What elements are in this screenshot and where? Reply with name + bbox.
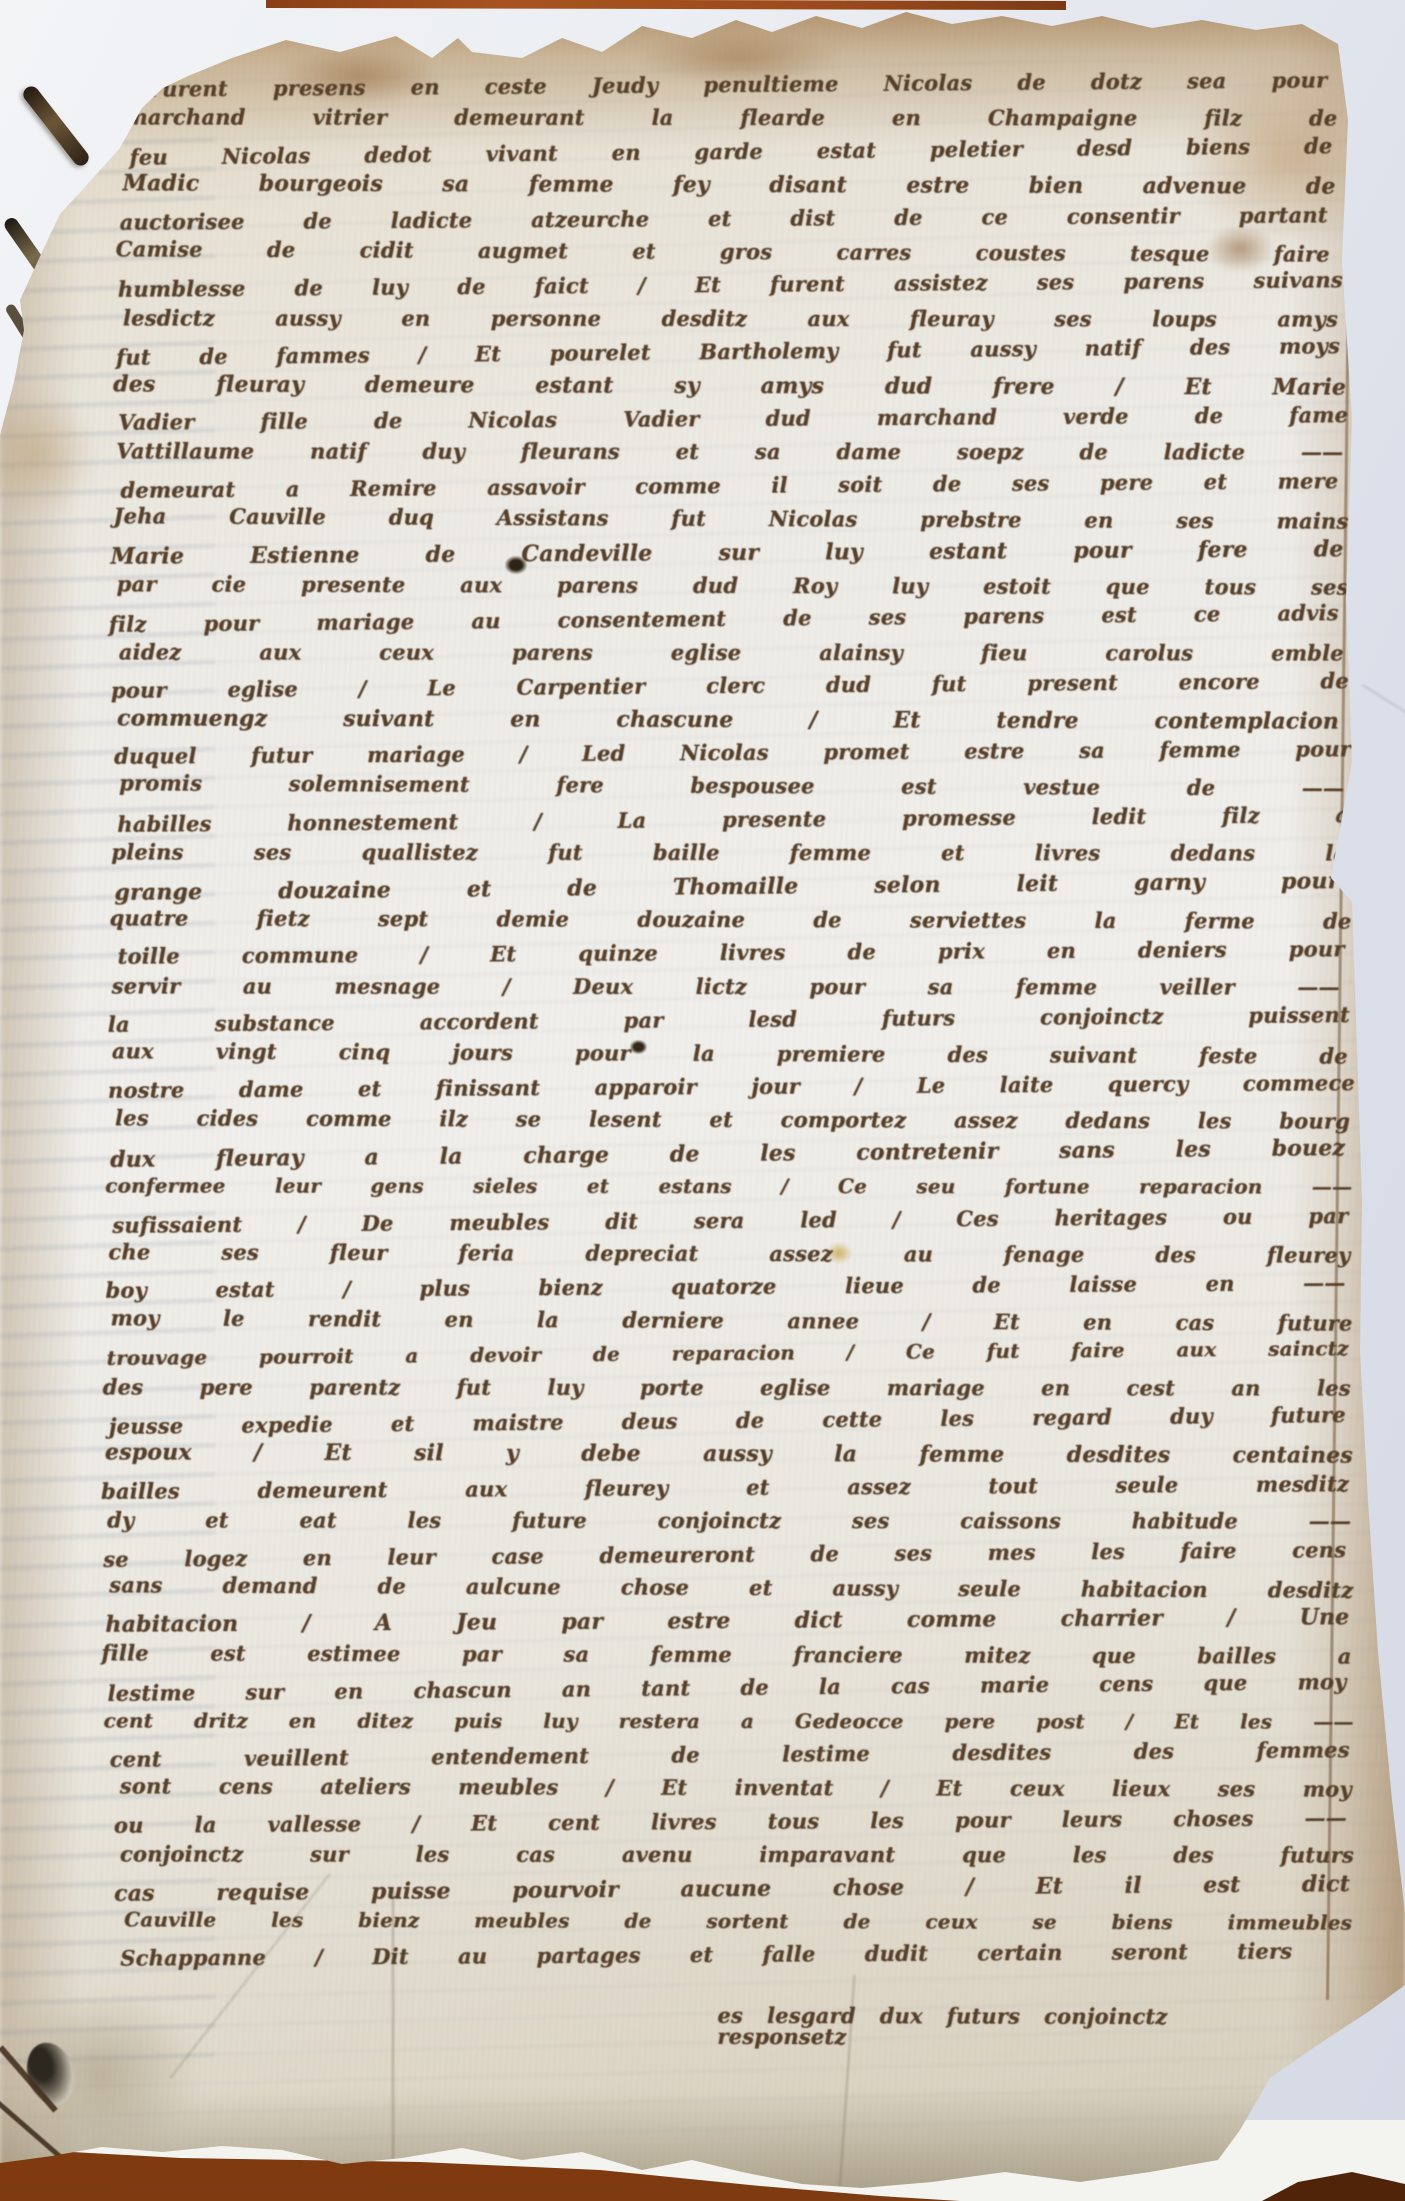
- manuscript-line: la substance accordent par lesd futurs c…: [108, 1004, 1350, 1035]
- manuscript-line: quatre fietz sept demie douzaine de serv…: [110, 907, 1352, 931]
- manuscript-line: marchand vitrier demeurant la flearde en…: [125, 106, 1337, 128]
- manuscript-line: bailles demeurent aux fleurey et assez t…: [101, 1473, 1349, 1502]
- manuscript-line: dux fleuray a la charge de les contreten…: [110, 1137, 1345, 1171]
- manuscript-line: confermee leur gens sieles et estans / C…: [105, 1175, 1352, 1196]
- manuscript-line: auctorisee de ladicte atzeurche et dist …: [120, 204, 1328, 232]
- manuscript-line: fille est estimee par sa femme franciere…: [101, 1642, 1351, 1666]
- manuscript-line: se logez en leur case demeureront de ses…: [103, 1539, 1346, 1570]
- manuscript-line: Jeha Cauville duq Assistans fut Nicolas …: [113, 505, 1348, 531]
- manuscript-line: habilles honnestement / La presente prom…: [117, 804, 1349, 835]
- manuscript-line: jeusse expedie et maistre deus de cette …: [109, 1404, 1346, 1437]
- manuscript-text: Furent presens en ceste Jeudy penultieme…: [0, 0, 1405, 2201]
- manuscript-line: humblesse de luy de faict / Et furent as…: [118, 269, 1343, 300]
- manuscript-line: les cides comme ilz se lesent et comport…: [115, 1107, 1350, 1131]
- manuscript-line: Vadier fille de Nicolas Vadier dud march…: [118, 404, 1348, 433]
- manuscript-line: cent veuillent entendement de lestime de…: [110, 1739, 1350, 1770]
- manuscript-line: fut de fammes / Et pourelet Bartholemy f…: [116, 335, 1340, 368]
- manuscript-line: promis solemnisement fere bespousee est …: [119, 772, 1344, 798]
- manuscript-line: lesdictz aussy en personne desditz aux f…: [123, 307, 1338, 329]
- manuscript-line: filz pour mariage au consentement de ses…: [109, 602, 1339, 635]
- manuscript-line: sans demand de aulcune chose et aussy se…: [109, 1574, 1353, 1600]
- manuscript-line: aidez aux ceux parens eglise alainsy fie…: [119, 641, 1344, 663]
- manuscript-line: pleins ses quallistez fut baille femme e…: [111, 841, 1347, 863]
- manuscript-line: toille commune / Et quinze livres de pri…: [118, 938, 1345, 966]
- binding-clasp-fragment: [20, 83, 92, 168]
- manuscript-line: trouvage pourroit a devoir de reparacion…: [107, 1338, 1349, 1368]
- manuscript-line: dy et eat les future conjoinctz ses cais…: [107, 1509, 1351, 1531]
- manuscript-line: moy le rendit en la derniere annee / Et …: [111, 1307, 1353, 1333]
- manuscript-line: ou la vallesse / Et cent livres tous les…: [114, 1807, 1347, 1836]
- manuscript-line: aux vingt cinq jours pour la premiere de…: [112, 1040, 1348, 1066]
- manuscript-line: pour eglise / Le Carpentier clerc dud fu…: [111, 670, 1349, 701]
- manuscript-line: Cauville les bienz meubles de sortent de…: [124, 1909, 1352, 1932]
- manuscript-line: grange douzaine et de Thomaille selon le…: [114, 870, 1339, 904]
- manuscript-photo: Furent presens en ceste Jeudy penultieme…: [0, 0, 1405, 2201]
- manuscript-line: servir au mesnage / Deux lictz pour sa f…: [112, 975, 1340, 997]
- manuscript-line: nostre dame et finissant apparoir jour /…: [108, 1072, 1355, 1101]
- manuscript-line: Camise de cidit augmet et gros carres co…: [116, 238, 1330, 264]
- manuscript-line: par cie presente aux parens dud Roy luy …: [117, 573, 1349, 597]
- manuscript-line: sont cens ateliers meubles / Et inventat…: [120, 1775, 1352, 1799]
- manuscript-line: conjoinctz sur les cas avenu imparavant …: [120, 1843, 1354, 1865]
- manuscript-line: cas requise puisse pourvoir aucune chose…: [114, 1873, 1350, 1905]
- manuscript-line: habitacion / A Jeu par estre dict comme …: [105, 1606, 1349, 1636]
- manuscript-line: espoux / Et sil y debe aussy la femme de…: [105, 1441, 1353, 1466]
- manuscript-line: Furent presens en ceste Jeudy penultieme…: [147, 69, 1327, 99]
- manuscript-line: Schappanne / Dit au partages et falle du…: [120, 1940, 1292, 1968]
- manuscript-line: Madic bourgeois sa femme fey disant estr…: [123, 172, 1336, 197]
- manuscript-line: cent dritz en ditez puis luy restera a G…: [104, 1710, 1354, 1731]
- manuscript-line: des fleuray demeure estant sy amys dud f…: [113, 373, 1346, 398]
- manuscript-line: feu Nicolas dedot vivant en garde estat …: [129, 135, 1332, 168]
- manuscript-line: des pere parentz fut luy porte eglise ma…: [103, 1376, 1351, 1398]
- manuscript-line: che ses fleur feria depreciat assez au f…: [108, 1241, 1350, 1265]
- manuscript-line: demeurat a Remire assavoir comme il soit…: [120, 470, 1338, 501]
- manuscript-line: Marie Estienne de Candeville sur luy est…: [111, 538, 1344, 568]
- manuscript-line: commuengz suivant en chascune / Et tendr…: [117, 707, 1339, 732]
- manuscript-line: lestime sur en chascun an tant de la cas…: [107, 1671, 1346, 1704]
- manuscript-line: Vattillaume natif duy fleurans et sa dam…: [116, 440, 1343, 462]
- manuscript-line: es lesgard dux futurs conjoinctz respons…: [717, 2005, 1167, 2048]
- manuscript-line: sufissaient / De meubles dit sera led / …: [112, 1205, 1348, 1236]
- backdrop-crease: [1362, 684, 1405, 717]
- manuscript-line: duquel futur mariage / Led Nicolas prome…: [114, 738, 1351, 767]
- table-surface-top: [266, 0, 1066, 10]
- manuscript-line: boy estat / plus bienz quatorze lieue de…: [105, 1272, 1345, 1301]
- paper-sheet: Furent presens en ceste Jeudy penultieme…: [0, 0, 1405, 2201]
